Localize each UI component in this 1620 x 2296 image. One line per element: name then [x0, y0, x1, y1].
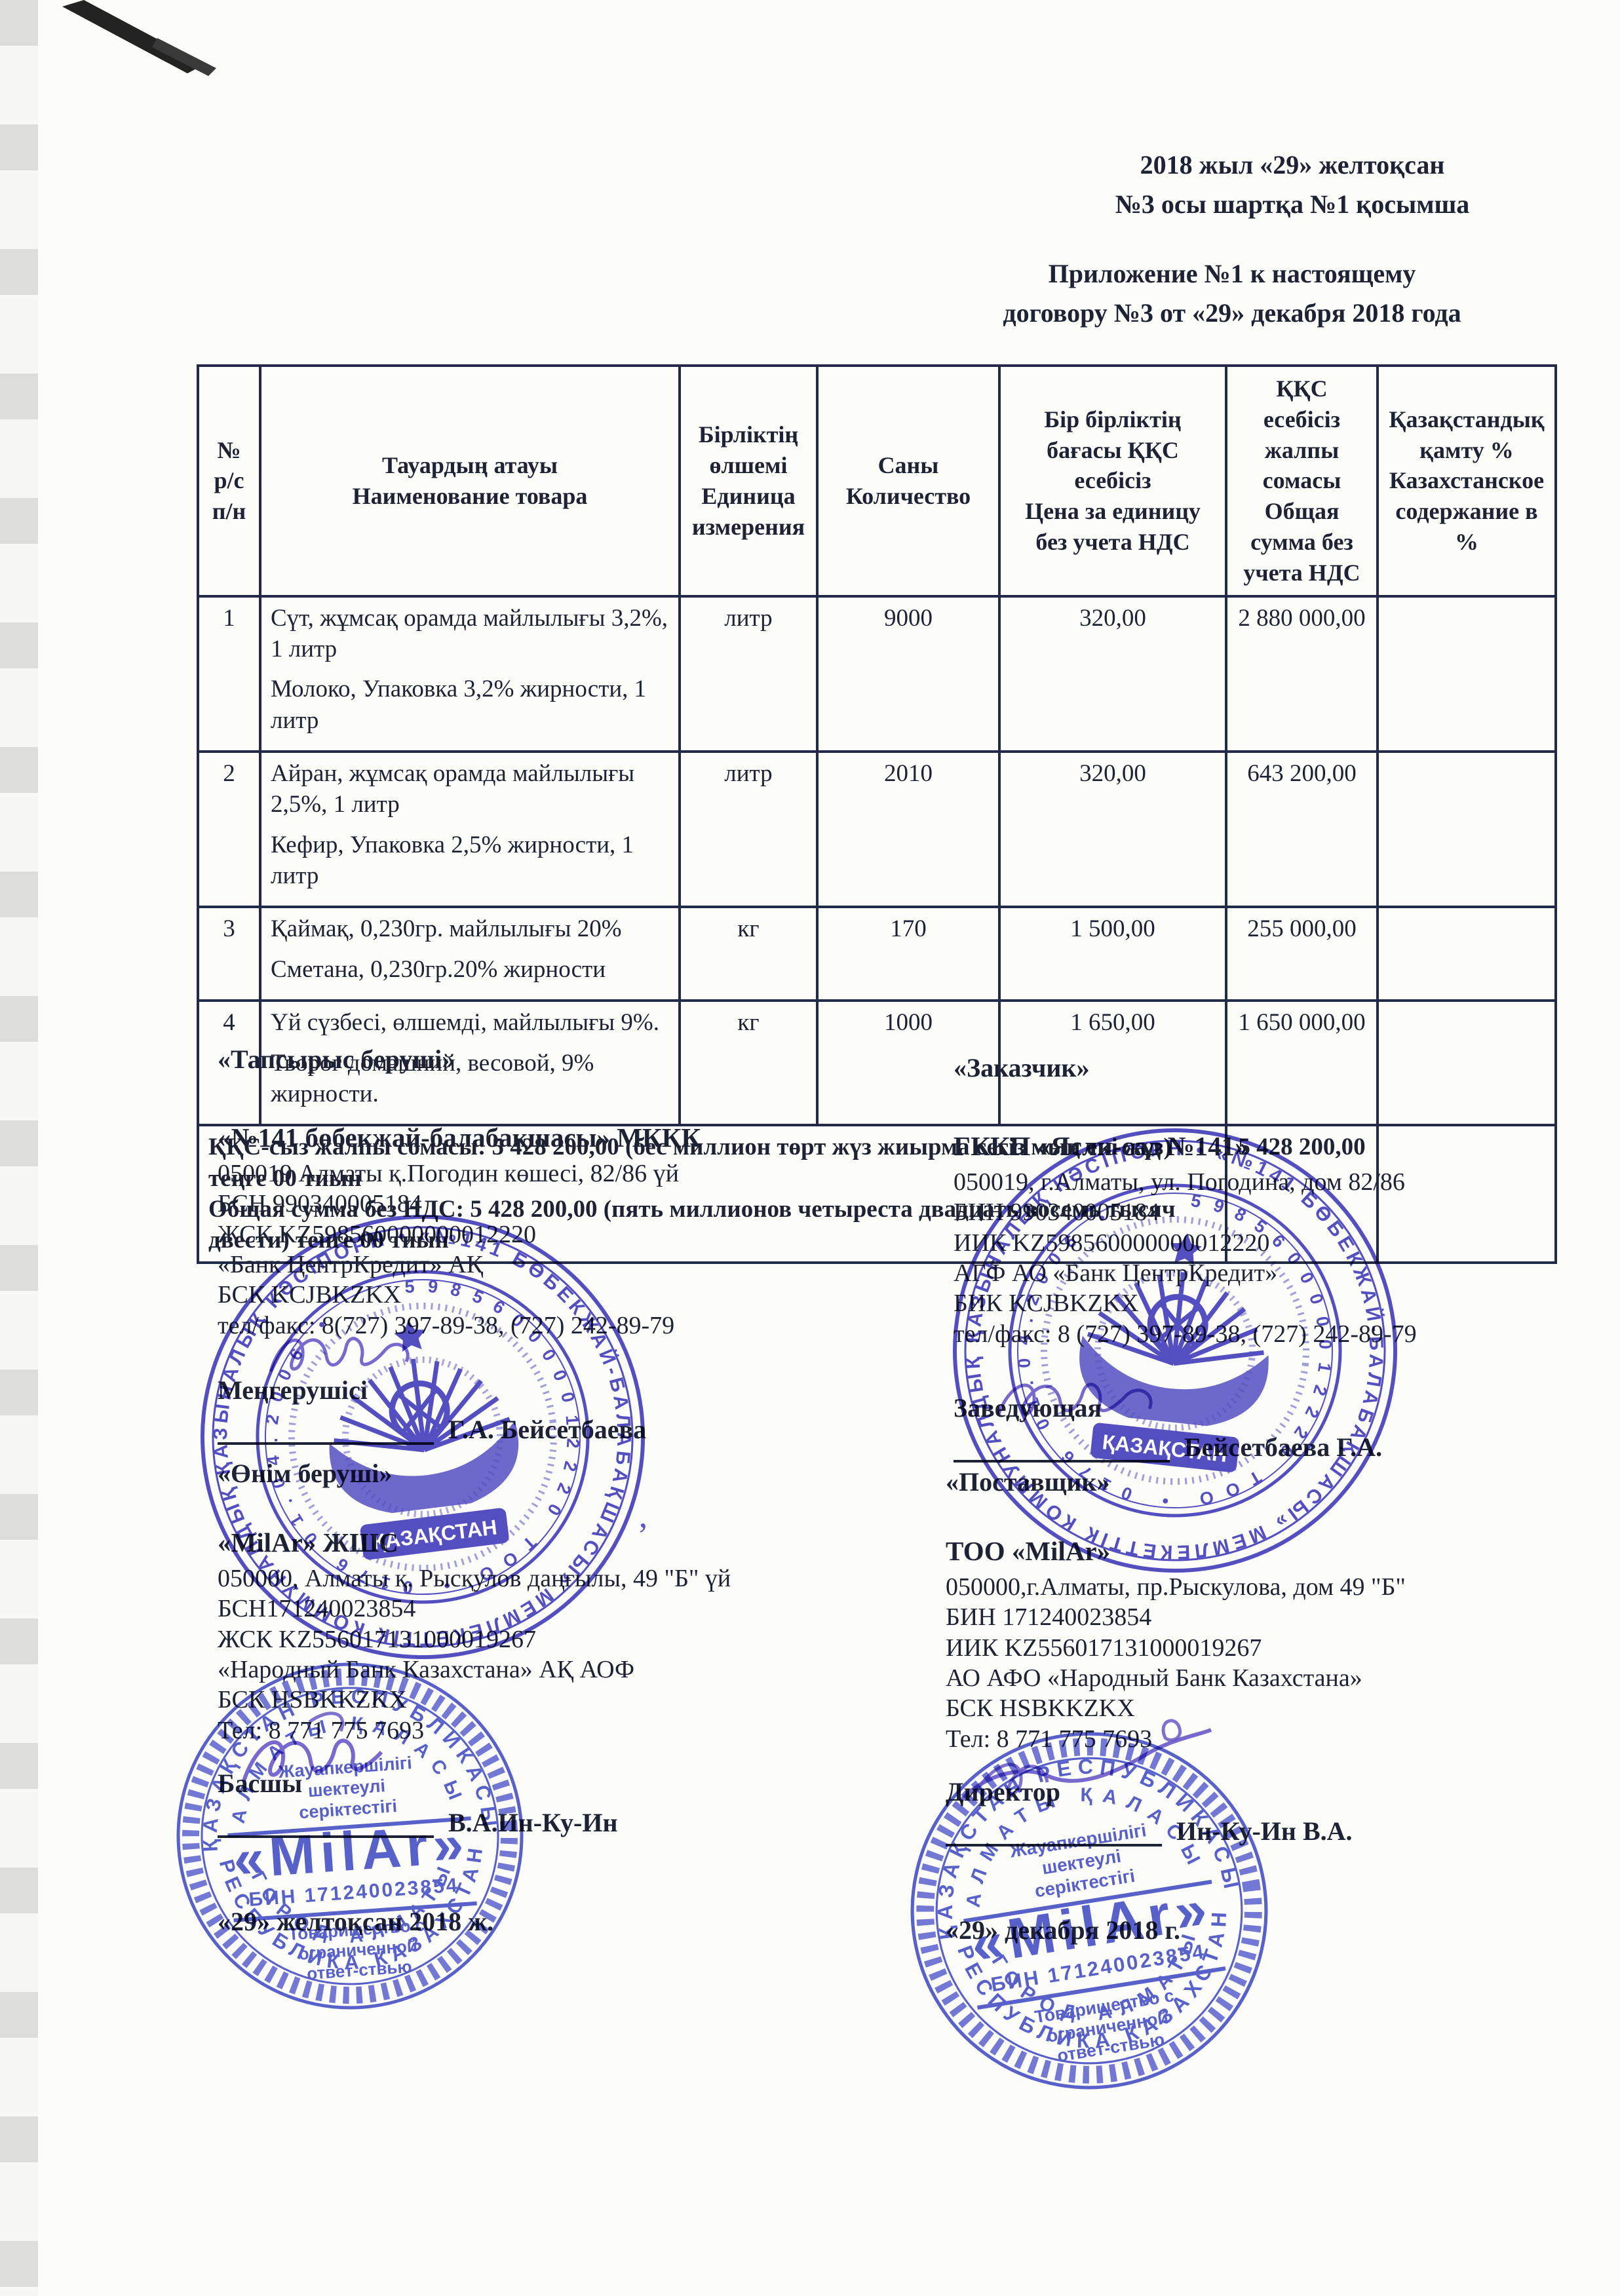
signature-line	[954, 1427, 1170, 1463]
col-header-kz-content: Қазақстандық қамту % Казахстанское содер…	[1378, 366, 1556, 596]
cell-sum: 255 000,00	[1226, 907, 1378, 1001]
signature-line	[218, 1409, 434, 1445]
cell-qty: 2010	[817, 752, 999, 907]
signer-name: Ин-Ку-Ин В.А.	[1176, 1816, 1353, 1846]
party-label: «Тапсырыс беруші»	[218, 1044, 755, 1075]
header-russian: Приложение №1 к настоящему договору №3 о…	[937, 254, 1527, 333]
signature-line	[218, 1803, 434, 1838]
cell-unit: кг	[680, 907, 817, 1001]
cell-name: Қаймақ, 0,230гр. майлылығы 20% Сметана, …	[260, 907, 680, 1001]
product-name-kz: Айран, жұмсақ орамда майлылығы 2,5%, 1 л…	[271, 758, 669, 820]
customer-block-kazakh: «Тапсырыс беруші» «№141 бөбекжай-балабақ…	[218, 1044, 755, 1445]
product-name-kz: Сүт, жұмсақ орамда майлылығы 3,2%, 1 лит…	[271, 603, 669, 665]
cell-sum: 2 880 000,00	[1226, 596, 1378, 752]
signing-date: «29» декабря 2018 г.	[946, 1915, 1535, 1945]
cell-price: 320,00	[999, 752, 1226, 907]
party-label: «Поставщик»	[946, 1466, 1535, 1497]
cell-num: 2	[198, 752, 260, 907]
table-row: 3 Қаймақ, 0,230гр. майлылығы 20% Сметана…	[198, 907, 1556, 1001]
product-name-ru: Кефир, Упаковка 2,5% жирности, 1 литр	[271, 830, 669, 892]
signature-row: Ин-Ку-Ин В.А.	[946, 1811, 1535, 1846]
cell-unit: литр	[680, 596, 817, 752]
signing-date: «29» желтоқсан 2018 ж.	[218, 1906, 781, 1937]
table-row: 1 Сүт, жұмсақ орамда майлылығы 3,2%, 1 л…	[198, 596, 1556, 752]
organization-details: 050000, Алматы қ. Рысқулов даңғылы, 49 "…	[218, 1563, 781, 1746]
col-header-qty: Саны Количество	[817, 366, 999, 596]
col-header-sum: ҚҚС есебісіз жалпы сомасы Общая сумма бе…	[1226, 366, 1378, 596]
organization-name: «MilAr» ЖШС	[218, 1527, 781, 1558]
col-header-name: Тауардың атауы Наименование товара	[260, 366, 680, 596]
product-name-kz: Үй сүзбесі, өлшемді, майлылығы 9%.	[271, 1007, 669, 1038]
header-kazakh: 2018 жыл «29» желтоқсан №3 осы шартқа №1…	[1056, 145, 1528, 224]
scan-corner-pen-mark	[0, 0, 275, 105]
organization-name: ГККП «Ясли-сад №141»	[954, 1130, 1543, 1162]
col-header-price: Бір бірліктің бағасы ҚҚС есебісіз Цена з…	[999, 366, 1226, 596]
scanned-contract-appendix-page: ’ 2018 жыл «29» желтоқсан №3 осы шартқа …	[0, 0, 1620, 2296]
cell-num: 1	[198, 596, 260, 752]
organization-details: 050019, г.Алматы, ул. Погодина, дом 82/8…	[954, 1167, 1543, 1349]
supplier-block-kazakh: «Өнім беруші» «MilAr» ЖШС 050000, Алматы…	[218, 1458, 781, 1937]
cell-price: 1 500,00	[999, 907, 1226, 1001]
product-name-ru: Сметана, 0,230гр.20% жирности	[271, 954, 669, 985]
scan-edge-band	[0, 0, 38, 2296]
signature-row: Г.А. Бейсетбаева	[218, 1409, 755, 1445]
signature-row: В.А.Ин-Ку-Ин	[218, 1803, 781, 1838]
cell-sum: 643 200,00	[1226, 752, 1378, 907]
cell-name: Сүт, жұмсақ орамда майлылығы 3,2%, 1 лит…	[260, 596, 680, 752]
signature-line	[946, 1811, 1162, 1846]
cell-qty: 170	[817, 907, 999, 1001]
organization-details: 050000,г.Алматы, пр.Рыскулова, дом 49 "Б…	[946, 1572, 1535, 1754]
col-header-unit: Бірліктің өлшемі Единица измерения	[680, 366, 817, 596]
supplier-block-russian: «Поставщик» ТОО «MilAr» 050000,г.Алматы,…	[946, 1466, 1535, 1945]
cell-name: Айран, жұмсақ орамда майлылығы 2,5%, 1 л…	[260, 752, 680, 907]
signer-name: Г.А. Бейсетбаева	[448, 1414, 646, 1445]
signer-name: В.А.Ин-Ку-Ин	[448, 1807, 618, 1838]
cell-kz-content	[1378, 907, 1556, 1001]
product-name-ru: Молоко, Упаковка 3,2% жирности, 1 литр	[271, 674, 669, 736]
customer-block-russian: «Заказчик» ГККП «Ясли-сад №141» 050019, …	[954, 1052, 1543, 1463]
party-label: «Заказчик»	[954, 1052, 1543, 1083]
signer-name: Бейсетбаева Г.А.	[1184, 1432, 1382, 1463]
signer-role: Заведующая	[954, 1392, 1543, 1423]
product-name-kz: Қаймақ, 0,230гр. майлылығы 20%	[271, 913, 669, 944]
signer-role: Меңгерушісі	[218, 1375, 755, 1406]
cell-kz-content	[1378, 596, 1556, 752]
table-header-row: № р/с п/н Тауардың атауы Наименование то…	[198, 366, 1556, 596]
organization-name: «№141 бөбекжай-балабақшасы» МКҚК	[218, 1122, 755, 1153]
signer-role: Директор	[946, 1776, 1535, 1807]
party-label: «Өнім беруші»	[218, 1458, 781, 1489]
cell-kz-content	[1378, 752, 1556, 907]
table-row: 2 Айран, жұмсақ орамда майлылығы 2,5%, 1…	[198, 752, 1556, 907]
organization-name: ТОО «MilAr»	[946, 1535, 1535, 1567]
cell-qty: 9000	[817, 596, 999, 752]
cell-unit: литр	[680, 752, 817, 907]
organization-details: 050019 Алматы қ.Погодин көшесі, 82/86 үй…	[218, 1158, 755, 1341]
cell-price: 320,00	[999, 596, 1226, 752]
col-header-num: № р/с п/н	[198, 366, 260, 596]
signer-role: Басшы	[218, 1768, 781, 1799]
signature-row: Бейсетбаева Г.А.	[954, 1427, 1543, 1463]
cell-num: 3	[198, 907, 260, 1001]
